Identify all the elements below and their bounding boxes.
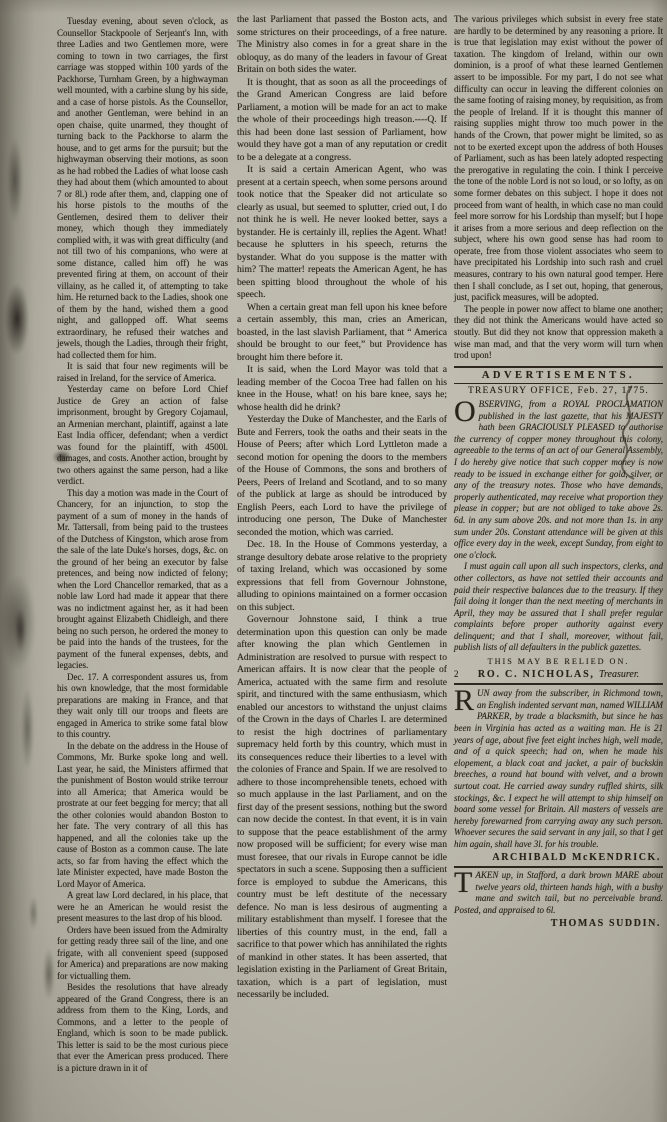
name: RO. C. NICHOLAS, — [478, 669, 599, 680]
drop-cap: O — [454, 399, 479, 424]
paragraph: It is said, when the Lord Mayor was told… — [237, 364, 447, 414]
ink-smudge — [15, 608, 26, 652]
paragraph: Governour Johnstone said, I think a true… — [237, 614, 447, 1002]
advertisements-heading: ADVERTISEMENTS. — [454, 366, 663, 385]
paragraph: The people in power now affect to blame … — [454, 304, 663, 362]
signature-line: ARCHIBALD McKENDRICK. — [454, 851, 663, 869]
paragraph: I must again call upon all such inspecto… — [454, 561, 663, 654]
paragraph: It is said that four new regiments will … — [57, 361, 228, 384]
paragraph: TAKEN up, in Stafford, a dark brown MARE… — [454, 870, 663, 916]
drop-cap: T — [454, 870, 475, 895]
paragraph: This day a motion was made in the Court … — [57, 488, 228, 672]
paragraph: It is thought, that as soon as all the p… — [237, 77, 447, 165]
paragraph: Dec. 17. A correspondent assures us, fro… — [57, 672, 228, 741]
drop-cap: R — [454, 688, 477, 713]
paragraph: When a certain great man fell upon his k… — [237, 302, 447, 365]
paragraph: It is said a certain American Agent, who… — [237, 164, 447, 302]
column-3: The various privileges which subsist in … — [454, 14, 663, 934]
signature-line: THOMAS SUDDIN. — [454, 917, 663, 933]
role: Treasurer. — [599, 669, 639, 680]
column-1: Tuesday evening, about seven o'clock, as… — [57, 16, 228, 1074]
advert-note: THIS MAY BE RELIED ON. — [454, 656, 663, 668]
signature-line: 2RO. C. NICHOLAS, Treasurer. — [454, 668, 663, 686]
paragraph: The various privileges which subsist in … — [454, 14, 663, 304]
mark: 2 — [454, 669, 459, 681]
ink-smudge — [5, 283, 29, 355]
paragraph: Besides the resolutions that have alread… — [57, 982, 228, 1074]
ink-smudge — [21, 688, 34, 770]
paragraph: OBSERVING, from a ROYAL PROCLAMATION pub… — [454, 399, 663, 561]
advert-dateline: TREASURY OFFICE, Feb. 27, 1775. — [454, 386, 663, 398]
ink-smudge — [43, 948, 55, 1000]
paragraph: Tuesday evening, about seven o'clock, as… — [57, 16, 228, 361]
paragraph: A great law Lord declared, in his place,… — [57, 890, 228, 925]
paragraph: Orders have been issued from the Admiral… — [57, 925, 228, 983]
paragraph: Yesterday the Duke of Manchester, and th… — [237, 414, 447, 539]
paragraph: Yesterday came on before Lord Chief Just… — [57, 384, 228, 488]
ink-smudge — [7, 138, 23, 222]
column-2: the last Parliament that passed the Bost… — [237, 14, 447, 1002]
paragraph: Dec. 18. In the House of Commons yesterd… — [237, 539, 447, 614]
paragraph: In the debate on the address in the Hous… — [57, 741, 228, 891]
paragraph: the last Parliament that passed the Bost… — [237, 14, 447, 77]
newspaper-page: Tuesday evening, about seven o'clock, as… — [0, 0, 667, 1122]
paragraph: RUN away from the subscriber, in Richmon… — [454, 688, 663, 850]
ink-smudge — [29, 896, 38, 930]
